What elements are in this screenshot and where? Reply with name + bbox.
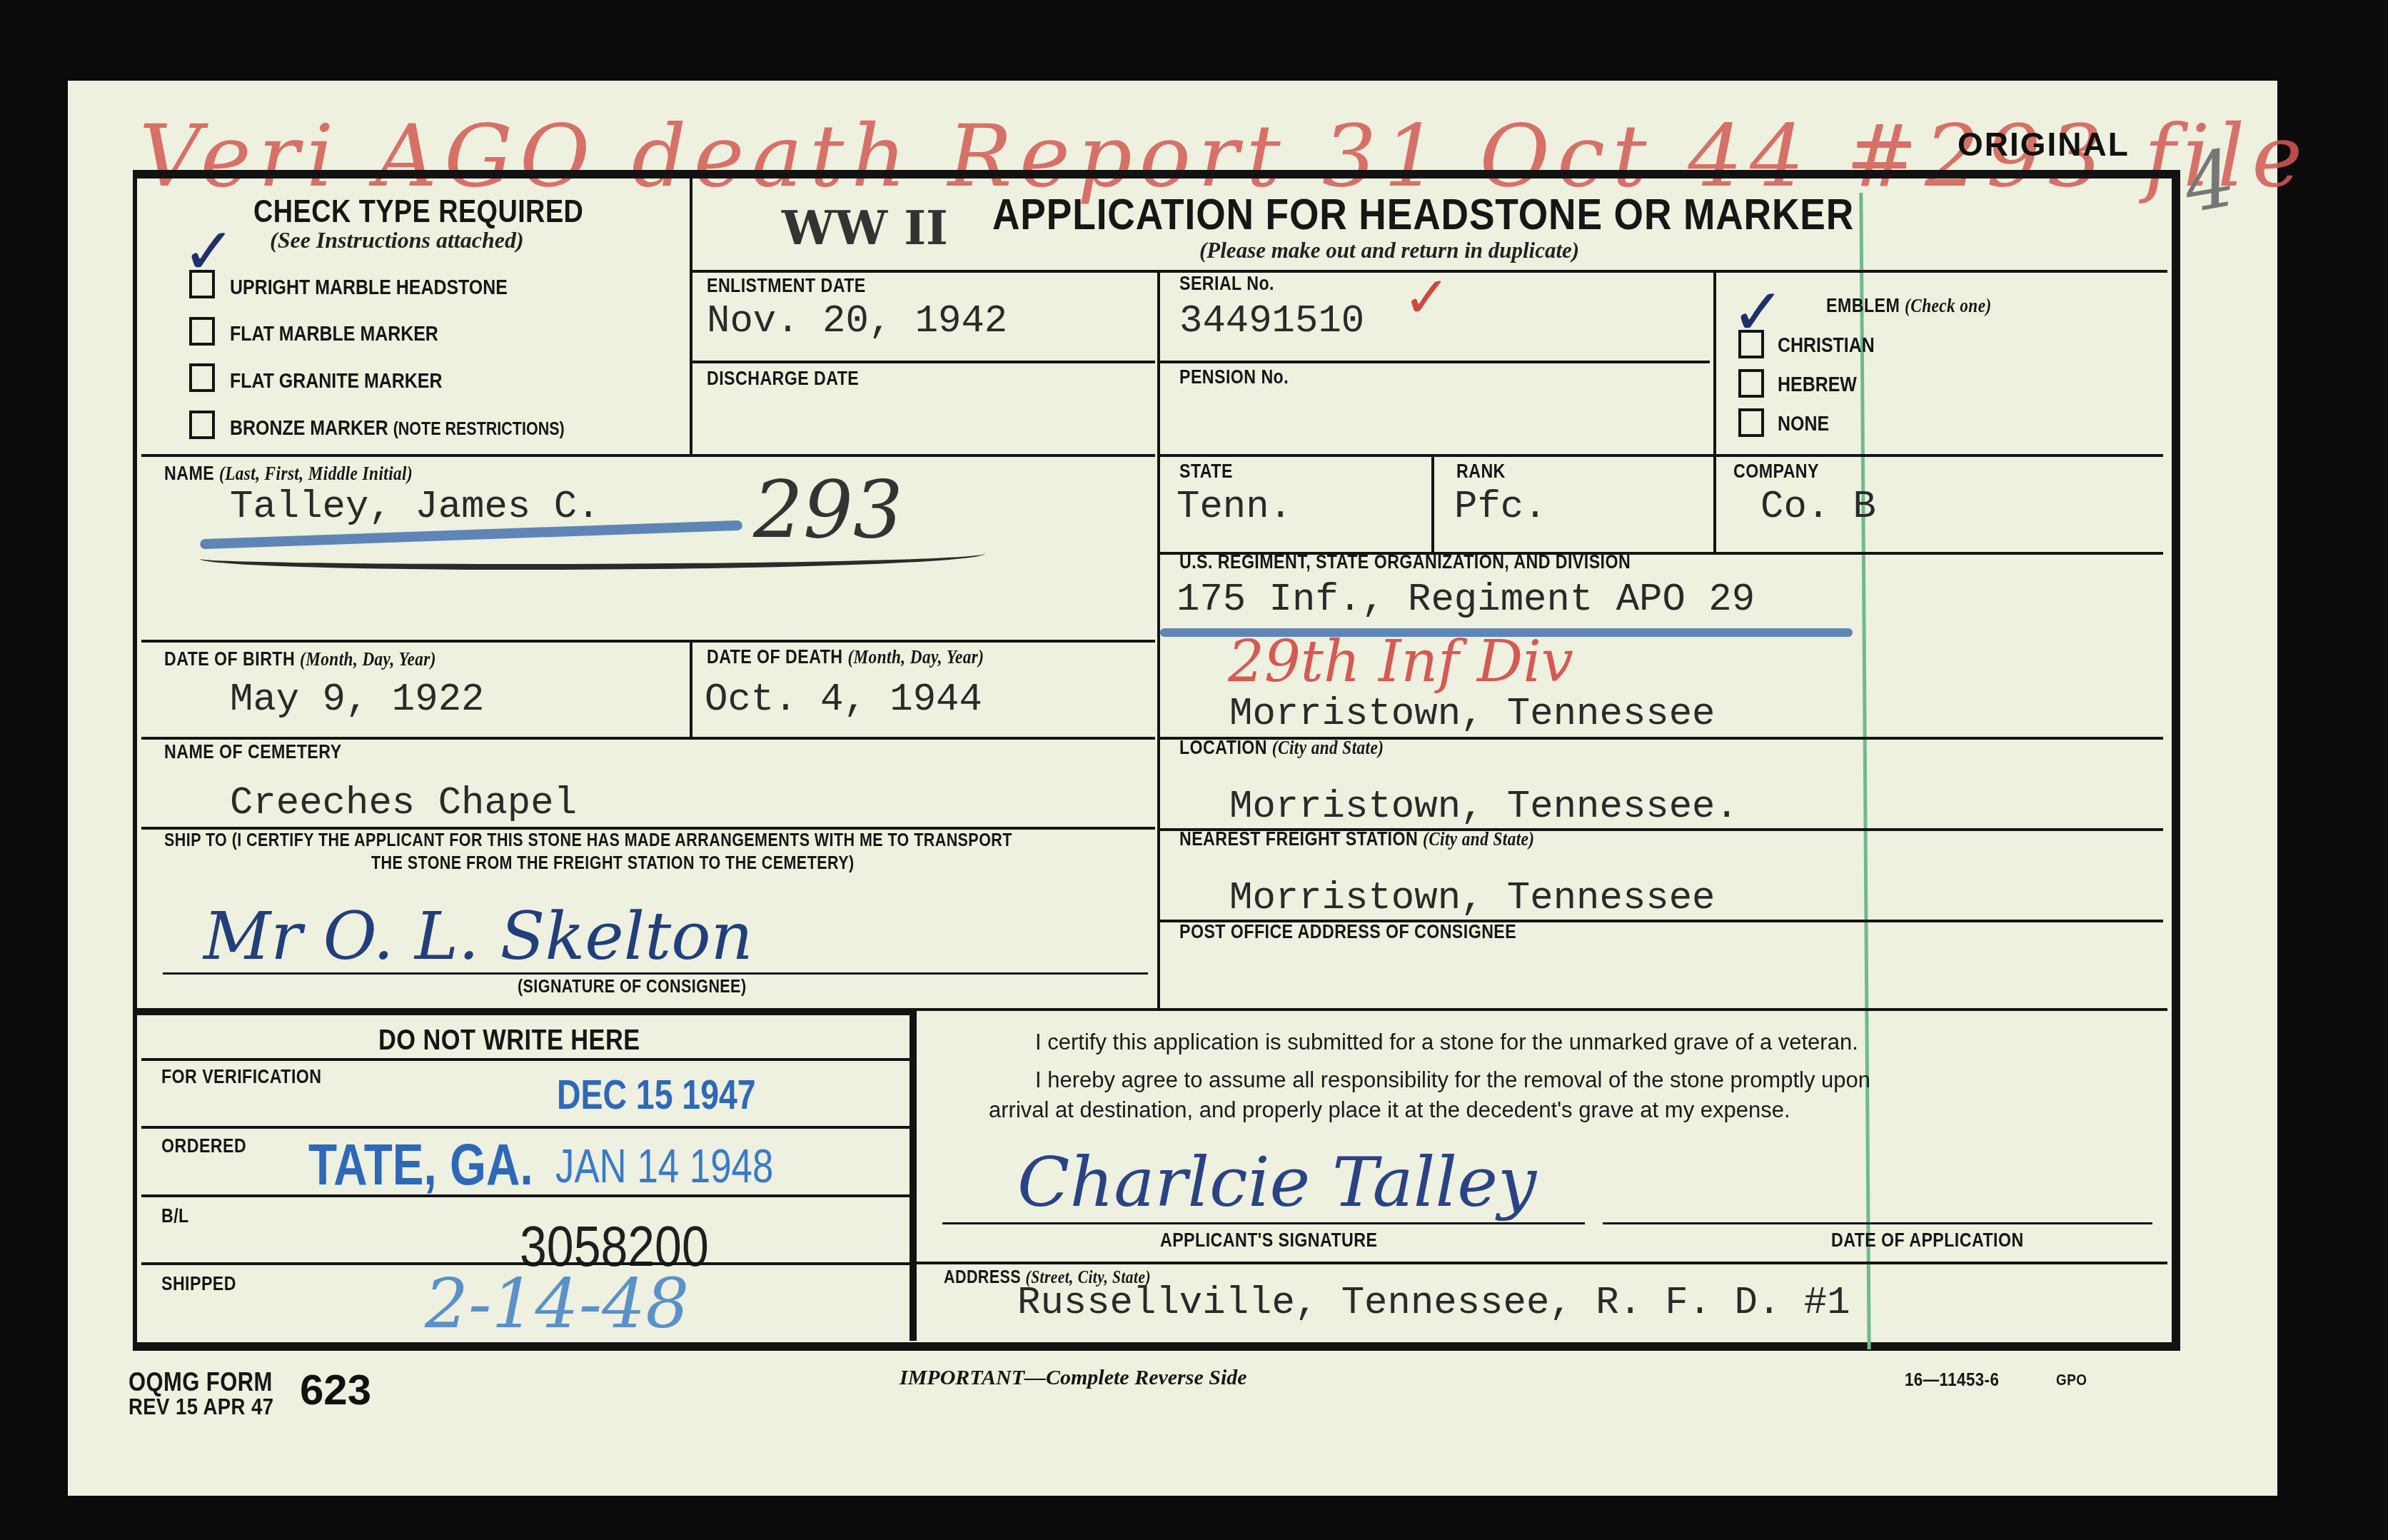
freight-station-value[interactable]: Morristown, Tennessee. [1229,785,1738,829]
shipped-label: SHIPPED [161,1273,236,1295]
divider [1160,361,1710,363]
serial-no-label: SERIAL No. [1179,273,1274,295]
pension-no-label: PENSION No. [1179,366,1289,388]
cemetery-value[interactable]: Creeches Chapel [230,782,577,825]
location-value[interactable]: Morristown, Tennessee [1229,693,1716,736]
verification-stamp: DEC 15 1947 [557,1071,756,1119]
name-value[interactable]: Talley, James C. [230,485,600,529]
date-of-application-label: DATE OF APPLICATION [1831,1229,2024,1252]
check-type-heading: CHECK TYPE REQUIRED [253,194,583,230]
label-upright: UPRIGHT MARBLE HEADSTONE [230,276,508,300]
ship-to-label-1: SHIP TO (I CERTIFY THE APPLICANT FOR THI… [164,830,1012,851]
checkbox-flat-marble[interactable] [189,317,215,346]
label-flat-marble: FLAT MARBLE MARKER [230,323,438,346]
divider [1713,457,1716,553]
name-annotation: 293 [753,464,903,555]
label-none: NONE [1778,413,1829,436]
divider [915,1262,2167,1264]
checkbox-hebrew[interactable] [1738,369,1764,398]
checkbox-none[interactable] [1738,408,1764,437]
label-bronze: BRONZE MARKER (NOTE RESTRICTIONS) [230,417,565,441]
enlistment-date-label: ENLISTMENT DATE [707,275,866,297]
applicant-signature-label: APPLICANT'S SIGNATURE [1160,1229,1377,1252]
consignee-address-label: POST OFFICE ADDRESS OF CONSIGNEE [1179,921,1516,943]
divider [141,1194,914,1197]
emblem-heading-text: EMBLEM [1826,295,1900,316]
rank-value[interactable]: Pfc. [1454,485,1547,529]
divider [1157,271,1160,1008]
divider [141,1058,914,1061]
divider [1431,457,1434,553]
regiment-blue-underline [1160,628,1853,637]
divider [690,178,692,454]
label-hebrew: HEBREW [1778,373,1857,397]
verification-label: FOR VERIFICATION [161,1066,321,1088]
regiment-annotation: 29th Inf Div [1228,628,1573,695]
bronze-label-text: BRONZE MARKER [230,417,388,440]
divider [141,1126,914,1129]
dob-value[interactable]: May 9, 1922 [230,678,484,722]
certification-line-1: I certify this application is submitted … [1035,1030,1858,1055]
date-line [1603,1222,2152,1224]
regiment-label: U.S. REGIMENT, STATE ORGANIZATION, AND D… [1179,551,1631,573]
divider [1160,454,2163,457]
applicant-signature[interactable]: Charlcie Talley [1017,1142,1536,1222]
signature-line [163,972,1148,975]
consignee-signature[interactable]: Mr O. L. Skelton [203,898,753,975]
divider [141,454,1155,457]
name-label: NAME (Last, First, Middle Initial) [164,463,413,485]
dob-label-hint: (Month, Day, Year) [300,648,436,670]
freight-label-hint: (City and State) [1423,828,1535,850]
location-label: LOCATION (City and State) [1179,737,1384,759]
war-stamp: WW II [782,200,948,256]
label-flat-granite: FLAT GRANITE MARKER [230,370,442,393]
form-title: APPLICATION FOR HEADSTONE OR MARKER [992,189,1854,240]
check-type-subheading: (See Instructions attached) [270,227,524,253]
divider [141,827,1155,830]
check-mark-icon: ✓ [182,214,236,289]
divider [690,643,692,737]
enlistment-date-value[interactable]: Nov. 20, 1942 [707,300,1007,343]
divider [141,640,1155,643]
print-code: 16—11453-6 [1905,1369,1999,1391]
ordered-stamp-date: JAN 14 1948 [555,1139,773,1193]
form-subtitle: (Please make out and return in duplicate… [1199,238,1579,263]
name-label-text: NAME [164,463,214,484]
address-label-text: ADDRESS [944,1267,1021,1287]
ordered-stamp-place: TATE, GA. [308,1132,533,1199]
location-label-text: LOCATION [1179,737,1267,758]
state-value[interactable]: Tenn. [1177,485,1292,529]
dod-label-hint: (Month, Day, Year) [847,646,984,668]
certification-line-2: I hereby agree to assume all responsibil… [1035,1067,1870,1093]
divider [1713,271,1716,454]
dod-value[interactable]: Oct. 4, 1944 [705,678,982,722]
freight-station-label: NEAREST FREIGHT STATION (City and State) [1179,828,1535,850]
signature-line [942,1222,1585,1224]
dob-label-text: DATE OF BIRTH [164,648,295,670]
ship-to-label-2: THE STONE FROM THE FREIGHT STATION TO TH… [371,853,854,874]
emblem-heading: EMBLEM (Check one) [1826,295,1992,317]
form-id-line-1: OQMG FORM [129,1367,273,1397]
office-use-heading: DO NOT WRITE HERE [378,1025,640,1057]
state-label: STATE [1179,461,1233,483]
dod-label: DATE OF DEATH (Month, Day, Year) [707,646,984,668]
bl-label: B/L [161,1205,189,1227]
checkbox-flat-granite[interactable] [189,363,215,392]
form-id-line-2: REV 15 APR 47 [129,1394,273,1420]
rank-label: RANK [1456,461,1506,483]
ordered-label: ORDERED [161,1135,246,1157]
shipped-value: 2-14-48 [425,1264,689,1344]
discharge-date-label: DISCHARGE DATE [707,368,859,390]
company-label: COMPANY [1733,461,1819,483]
serial-no-value[interactable]: 34491510 [1179,300,1364,343]
certification-line-3: arrival at destination, and properly pla… [989,1097,1790,1123]
dod-label-text: DATE OF DEATH [707,646,842,668]
emblem-hint: (Check one) [1905,295,1991,316]
printer-code: GPO [2056,1371,2087,1389]
consignee-address-value[interactable]: Morristown, Tennessee [1229,877,1716,920]
location-label-hint: (City and State) [1272,737,1384,758]
company-value[interactable]: Co. B [1760,485,1876,529]
checkbox-bronze[interactable] [189,411,215,439]
divider [915,1008,2167,1011]
name-label-hint: (Last, First, Middle Initial) [219,463,413,484]
copy-label: ORIGINAL [1958,125,2130,163]
label-christian: CHRISTIAN [1778,334,1875,358]
red-check-icon: ✓ [1403,264,1451,331]
cemetery-label: NAME OF CEMETERY [164,741,342,763]
bronze-note: (NOTE RESTRICTIONS) [393,419,565,439]
form-number: 623 [300,1365,371,1414]
consignee-signature-label: (SIGNATURE OF CONSIGNEE) [518,977,746,997]
address-value[interactable]: Russellville, Tennessee, R. F. D. #1 [1017,1282,1850,1325]
regiment-value[interactable]: 175 Inf., Regiment APO 29 [1177,578,1755,622]
divider [141,737,1155,740]
freight-label-text: NEAREST FREIGHT STATION [1179,828,1418,850]
divider [691,361,1155,363]
important-note: IMPORTANT—Complete Reverse Side [900,1366,1247,1390]
dob-label: DATE OF BIRTH (Month, Day, Year) [164,648,436,670]
